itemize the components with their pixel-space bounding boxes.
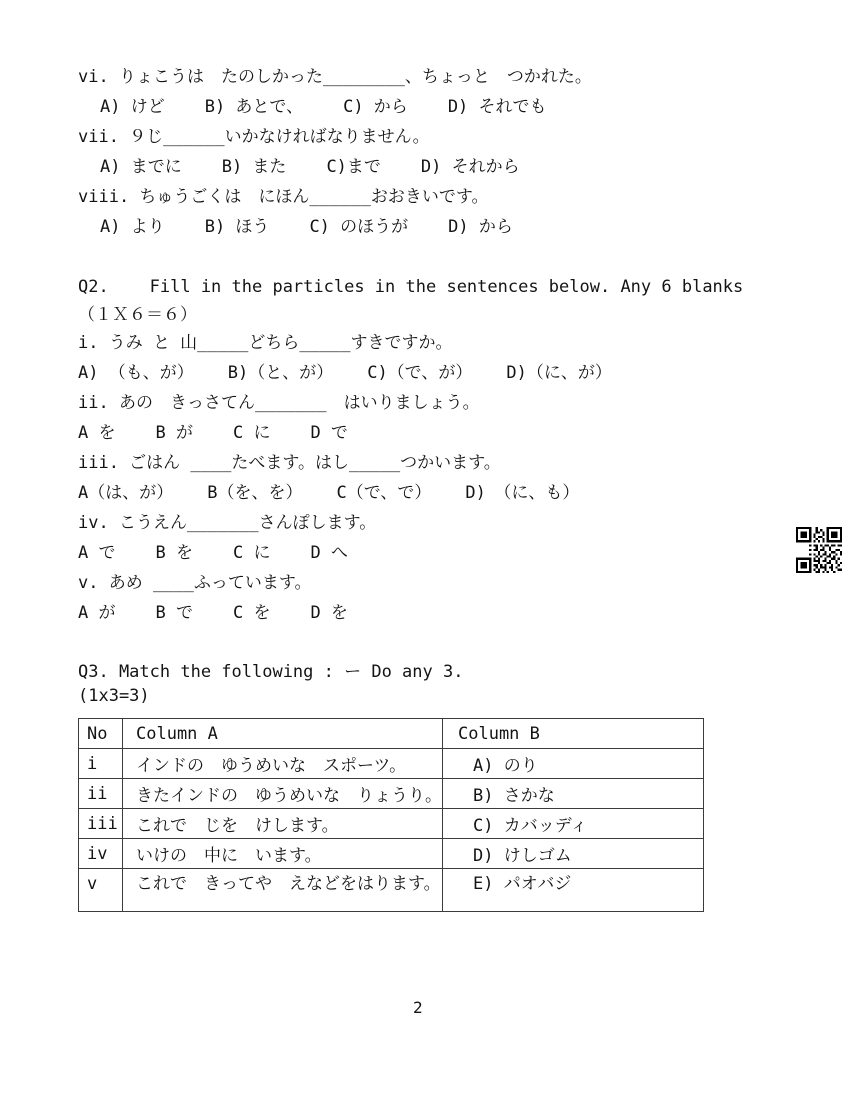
option-c: C に xyxy=(233,418,270,448)
option-a: A) までに xyxy=(100,152,182,182)
option-a: A が xyxy=(78,598,115,628)
option-d: D で xyxy=(310,418,347,448)
table-row: v これで きってや えなどをはります。 E) パオバジ xyxy=(79,869,704,912)
cell-column-a: きたインドの ゆうめいな りょうり。 xyxy=(123,779,443,809)
q2-item-i-question: i. うみ と 山_____どちら_____すきですか。 xyxy=(78,328,738,358)
q2-item-iv-question: iv. こうえん_______さんぽします。 xyxy=(78,508,738,538)
option-d: D) （に、も） xyxy=(465,478,579,508)
table-row: iii これで じを けします。 C) カバッディ xyxy=(79,809,704,839)
q2-item-iv-options: A で B を C に D へ xyxy=(78,538,738,568)
q2-item-ii-question: ii. あの きっさてん_______ はいりましょう。 xyxy=(78,388,738,418)
option-c: C)（で、が） xyxy=(367,358,472,388)
table-header-row: No Column A Column B xyxy=(79,719,704,749)
option-d: D)（に、が） xyxy=(506,358,611,388)
exam-page: { "q1": { "items": [ { "question": "vi. … xyxy=(0,0,850,1100)
option-a: A を xyxy=(78,418,115,448)
cell-no: v xyxy=(79,869,123,912)
option-d: D へ xyxy=(310,538,347,568)
option-b: B（を、を） xyxy=(207,478,302,508)
option-d: D) から xyxy=(448,212,513,242)
cell-no: i xyxy=(79,749,123,779)
option-c: C に xyxy=(233,538,270,568)
option-b: B) あとで、 xyxy=(205,92,303,122)
option-a: A) より xyxy=(100,212,165,242)
cell-column-b: B) さかな xyxy=(443,779,704,809)
cell-column-b: C) カバッディ xyxy=(443,809,704,839)
option-c: C) のほうが xyxy=(309,212,408,242)
q2-title: Q2. Fill in the particles in the sentenc… xyxy=(78,272,738,302)
header-no: No xyxy=(79,719,123,749)
header-column-b: Column B xyxy=(443,719,704,749)
option-c: C) から xyxy=(343,92,408,122)
exam-body: vi. りょこうは たのしかった________、ちょっと つかれた。 A) け… xyxy=(78,62,738,912)
option-c: C（で、で） xyxy=(337,478,432,508)
q2-item-v-options: A が B で C を D を xyxy=(78,598,738,628)
cell-column-a: インドの ゆうめいな スポーツ。 xyxy=(123,749,443,779)
option-d: D) それでも xyxy=(448,92,547,122)
table-row: ii きたインドの ゆうめいな りょうり。 B) さかな xyxy=(79,779,704,809)
table-row: i インドの ゆうめいな スポーツ。 A) のり xyxy=(79,749,704,779)
cell-column-a: これで じを けします。 xyxy=(123,809,443,839)
option-a: A) けど xyxy=(100,92,165,122)
option-b: B が xyxy=(155,418,192,448)
q1-item-vi-options: A) けど B) あとで、 C) から D) それでも xyxy=(78,92,738,122)
qr-code-icon xyxy=(795,527,843,573)
option-a: A) （も、が） xyxy=(78,358,194,388)
table-row: iv いけの 中に います。 D) けしゴム xyxy=(79,839,704,869)
cell-column-b: D) けしゴム xyxy=(443,839,704,869)
q1-item-viii-options: A) より B) ほう C) のほうが D) から xyxy=(78,212,738,242)
option-b: B) ほう xyxy=(205,212,270,242)
q2-marks: （１Ｘ６＝６） xyxy=(78,302,738,328)
option-b: B) また xyxy=(222,152,287,182)
q1-item-vii-options: A) までに B) また C)まで D) それから xyxy=(78,152,738,182)
option-b: B を xyxy=(155,538,192,568)
option-d: D) それから xyxy=(421,152,520,182)
option-d: D を xyxy=(310,598,347,628)
match-table: No Column A Column B i インドの ゆうめいな スポーツ。 … xyxy=(78,718,704,912)
option-c: C)まで xyxy=(326,152,380,182)
option-a: A（は、が） xyxy=(78,478,173,508)
q2-item-i-options: A) （も、が） B)（と、が） C)（で、が） D)（に、が） xyxy=(78,358,738,388)
q1-item-vi-question: vi. りょこうは たのしかった________、ちょっと つかれた。 xyxy=(78,62,738,92)
cell-column-b: A) のり xyxy=(443,749,704,779)
q2-item-ii-options: A を B が C に D で xyxy=(78,418,738,448)
cell-column-a: いけの 中に います。 xyxy=(123,839,443,869)
cell-column-b: E) パオバジ xyxy=(443,869,704,912)
cell-no: iii xyxy=(79,809,123,839)
option-a: A で xyxy=(78,538,115,568)
cell-no: iv xyxy=(79,839,123,869)
page-number: 2 xyxy=(413,998,423,1017)
option-c: C を xyxy=(233,598,270,628)
q3-title: Q3. Match the following : ー Do any 3. xyxy=(78,660,738,684)
option-b: B で xyxy=(155,598,192,628)
q1-item-viii-question: viii. ちゅうごくは にほん______おおきいです。 xyxy=(78,182,738,212)
cell-column-a: これで きってや えなどをはります。 xyxy=(123,869,443,912)
q2-item-iii-options: A（は、が） B（を、を） C（で、で） D) （に、も） xyxy=(78,478,738,508)
q1-item-vii-question: vii. ９じ______いかなければなりません。 xyxy=(78,122,738,152)
q2-item-iii-question: iii. ごはん ____たべます。はし_____つかいます。 xyxy=(78,448,738,478)
cell-no: ii xyxy=(79,779,123,809)
q2-item-v-question: v. あめ ____ふっています。 xyxy=(78,568,738,598)
q3-marks: (1x3=3) xyxy=(78,684,738,708)
option-b: B)（と、が） xyxy=(228,358,333,388)
header-column-a: Column A xyxy=(123,719,443,749)
